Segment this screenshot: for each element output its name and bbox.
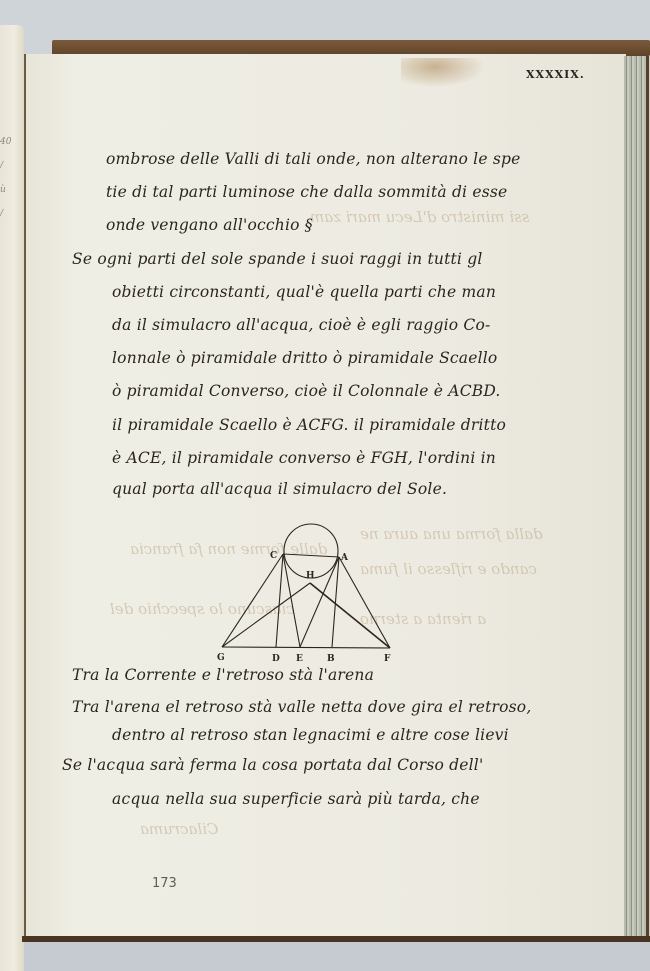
diagram-label: A (340, 553, 349, 563)
diagram-label: H (306, 571, 315, 581)
diagram-label: C (270, 551, 277, 561)
diagram-label: E (296, 654, 303, 664)
baseline-gf (222, 647, 390, 648)
diagram-label: B (327, 654, 335, 664)
diagram-label: D (272, 654, 280, 664)
geometric-diagram: CAHGDEBF (0, 0, 650, 971)
diagram-label: G (217, 653, 225, 663)
sun-circle (284, 524, 338, 578)
diagram-label: F (384, 654, 391, 664)
chord-ca (283, 554, 339, 557)
pencil-folio-note: 173 (152, 876, 177, 891)
